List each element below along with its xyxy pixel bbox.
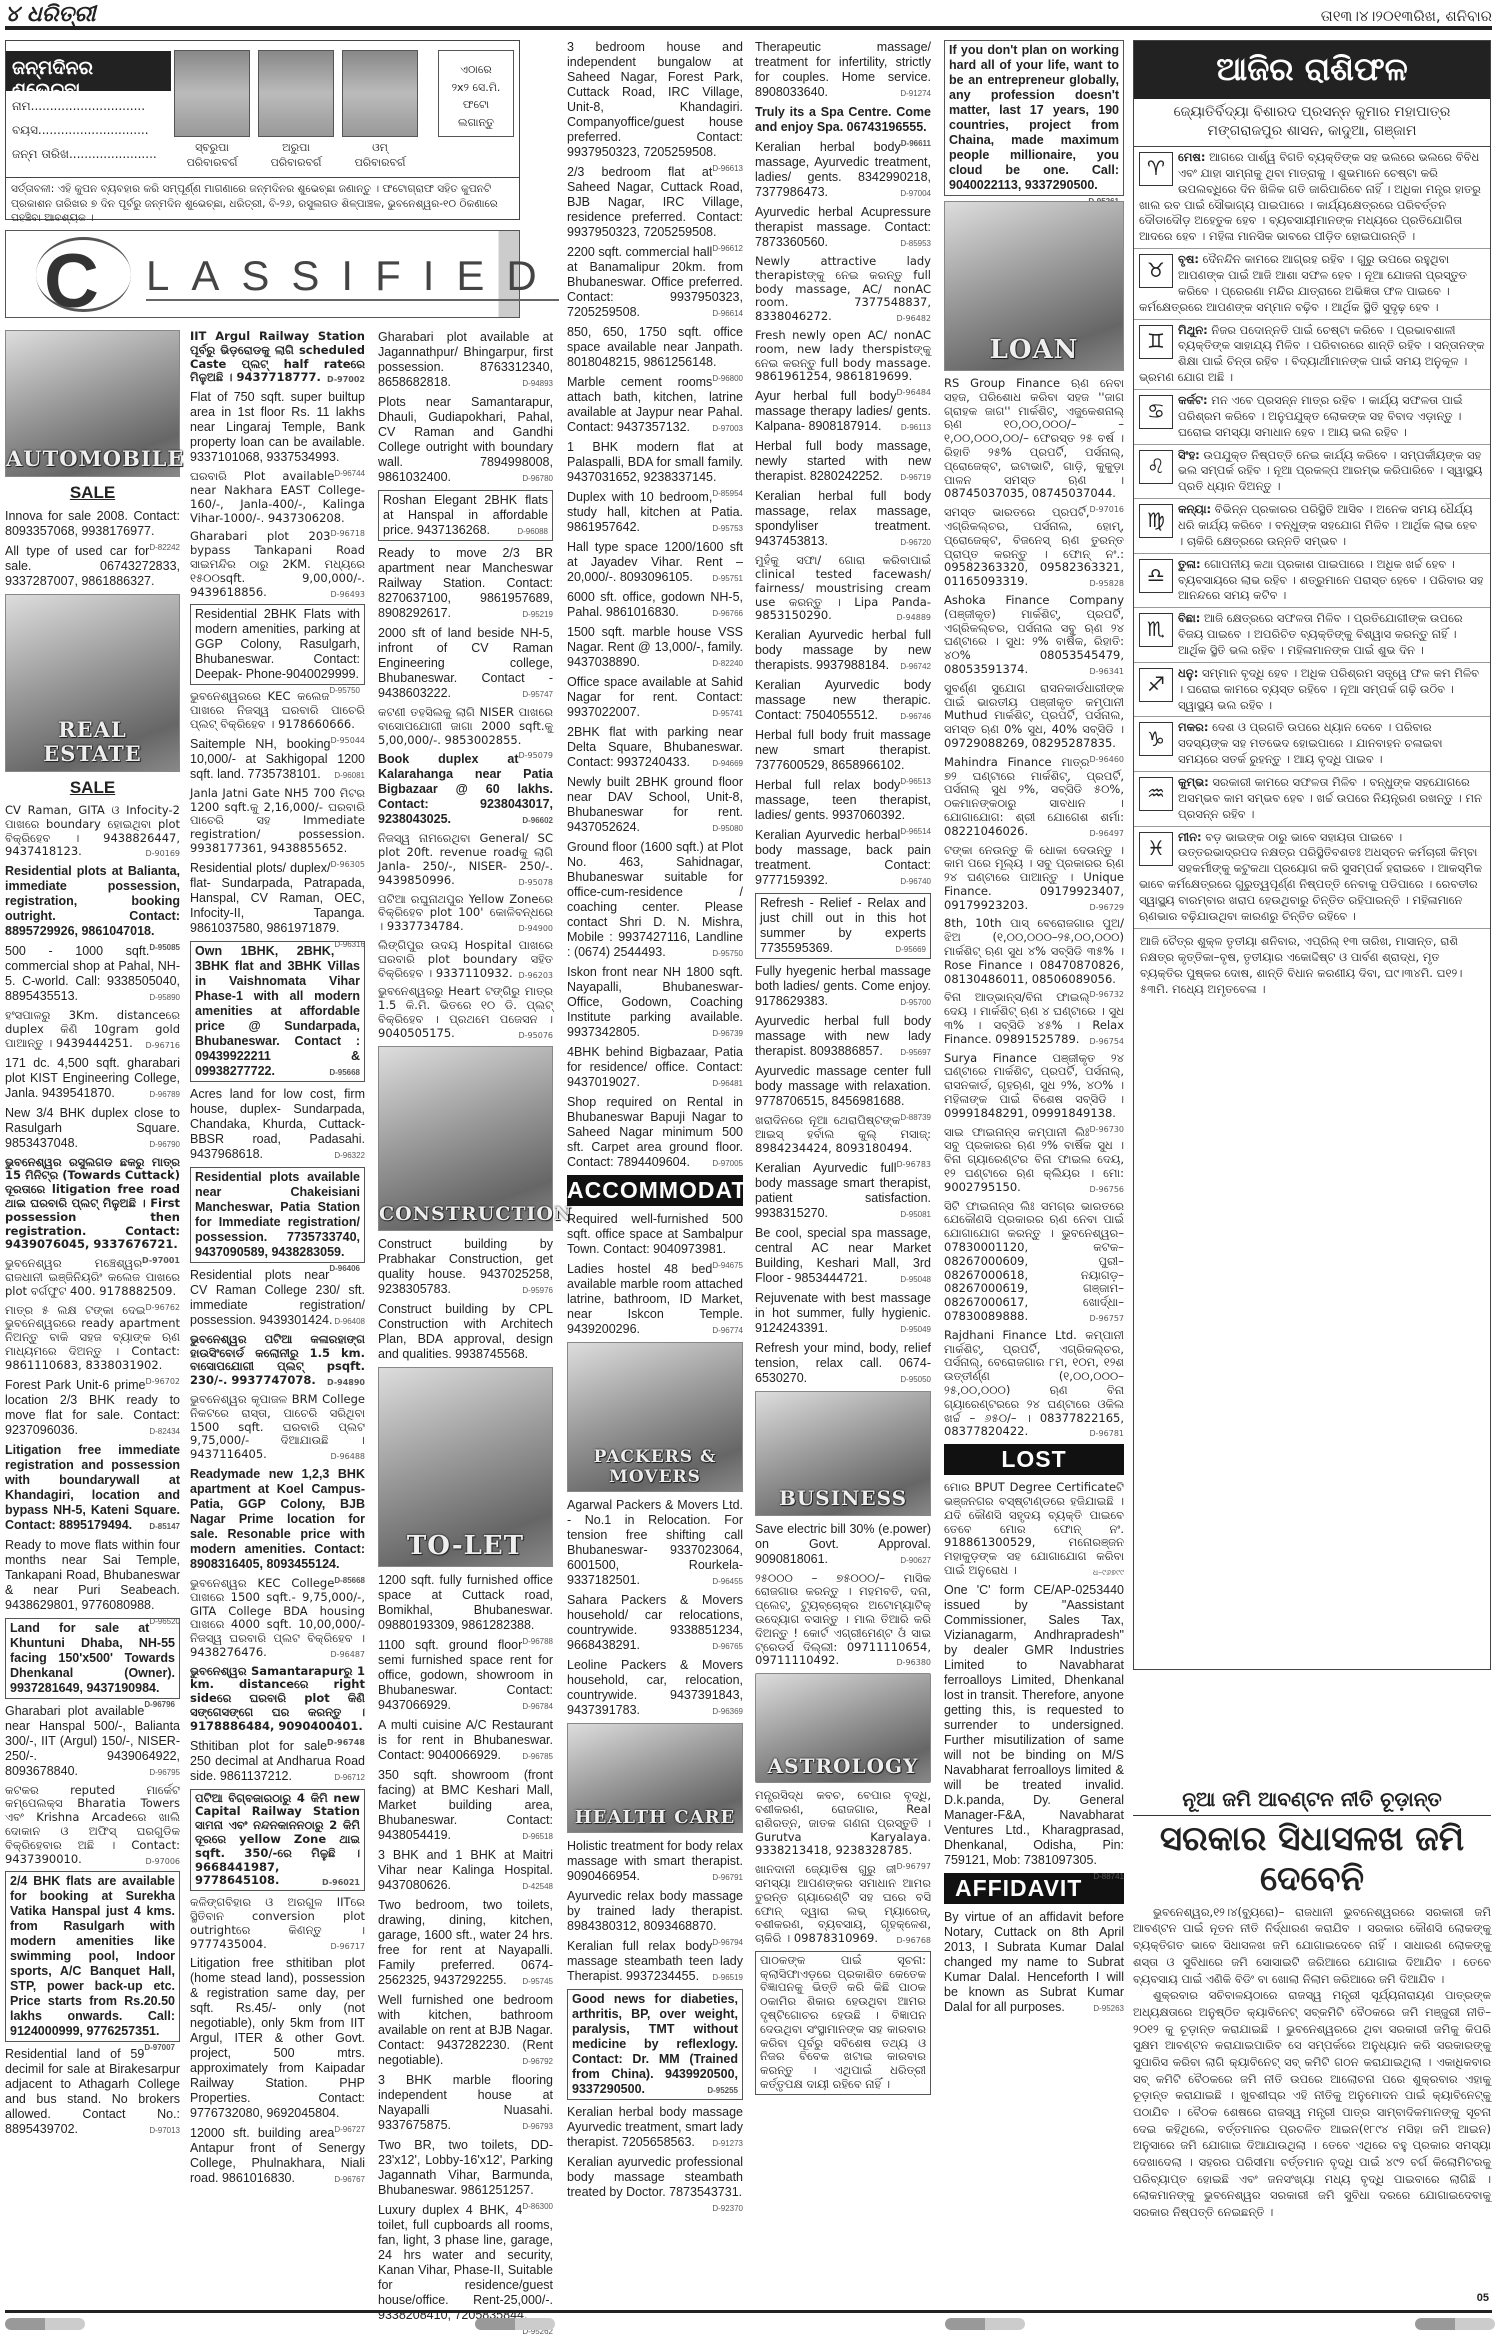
classified-ad: କଟଣୀ ତହସିଲକୁ ଲାଗି NISER ପାଖରେ ବାସୋପଯୋଗୀ … bbox=[378, 706, 553, 747]
horoscope-sign: ♏ବିଛା: ଆଜି କ୍ଷେତ୍ରରେ ସଫଳତା ମିଳିବ । ପ୍ରତି… bbox=[1134, 608, 1490, 663]
lost-heading: LOST bbox=[944, 1444, 1124, 1475]
ad-code: D-96460 bbox=[1090, 755, 1125, 765]
sign-name: ମକର: bbox=[1178, 720, 1208, 734]
classified-ad: 2/4 BHK flats are available for booking … bbox=[5, 1871, 180, 2042]
classified-ad: 171 dc. 4,500 sqft. gharabari plot KIST … bbox=[5, 1056, 180, 1101]
birthday-title: ଜନ୍ମଦିନର ଶୁଭେଚ୍ଛା bbox=[6, 51, 171, 91]
classified-ad: Gharabari plot available near Hanspal 50… bbox=[5, 1704, 180, 1779]
classified-ad: Fully hyegenic herbal massage both ladie… bbox=[755, 964, 931, 1009]
classified-ad: Herbal full body massage, newly started … bbox=[755, 439, 931, 484]
classified-ad: Residential plots near CV Raman College … bbox=[190, 1268, 365, 1328]
ad-code: D-96744 bbox=[334, 469, 365, 479]
classified-ad: Iskon front near NH 1800 sqft. Nayapalli… bbox=[567, 965, 743, 1040]
sign-name: ତୁଳା: bbox=[1178, 557, 1201, 571]
ad-code: D-96482 bbox=[897, 314, 932, 324]
ad-code: D-96305 bbox=[331, 860, 366, 870]
ad-code: D-96513 bbox=[900, 777, 931, 787]
page-tab bbox=[945, 2318, 1025, 2330]
ad-code: D-97003 bbox=[712, 424, 743, 434]
ad-code: D-96487 bbox=[331, 1650, 366, 1660]
ad-code: D-96774 bbox=[712, 1326, 743, 1336]
page-tab bbox=[475, 2318, 555, 2330]
ad-code: D-96784 bbox=[522, 1702, 553, 1712]
classified-ad: Newly built 2BHK ground floor near DAV S… bbox=[567, 775, 743, 835]
ad-code: D-96514 bbox=[900, 827, 931, 837]
ad-code: D-96792 bbox=[522, 2057, 553, 2067]
photo-caption: ଅରୁପାପରିବାରବର୍ଗ bbox=[258, 141, 334, 171]
sign-name: ମୀନ: bbox=[1178, 830, 1202, 844]
classified-ad: Ashoka Finance Company (ପଞ୍ଜୀକୃତ) ମାର୍କଶ… bbox=[944, 594, 1124, 677]
ad-code: D-96742 bbox=[900, 662, 931, 672]
ad-code: D-96203 bbox=[519, 971, 554, 981]
classified-ad: Innova for sale 2008. Contact: 809335706… bbox=[5, 509, 180, 539]
zodiac-icon: ♎ bbox=[1139, 559, 1173, 593]
classified-ad: ମୁହଁକୁ ସଫା/ ଗୋରା କରିବାପାଇଁ clinical test… bbox=[755, 554, 931, 623]
classified-ad: Residential land of 59 decimil for sale … bbox=[5, 2047, 180, 2137]
ad-code: D-95081 bbox=[900, 1210, 931, 1220]
classified-ad: କଟକର reputed ମାର୍କେଟ କମ୍ପେଲକ୍ସ Bharatia … bbox=[5, 1784, 180, 1867]
ad-code: D-88739 bbox=[900, 1113, 931, 1123]
ad-code: D-95828 bbox=[1090, 579, 1125, 589]
ad-code: D-96612 bbox=[712, 244, 743, 254]
child-photo bbox=[258, 50, 334, 137]
classified-ad: IIT Argul Railway Station ପୂର୍ବରୁ ଭିଡ଼ରୋ… bbox=[190, 330, 365, 385]
ad-code: D-85953 bbox=[900, 239, 931, 249]
zodiac-icon: ♊ bbox=[1139, 325, 1173, 359]
ad-code: D-96341 bbox=[1090, 667, 1125, 677]
classified-ad: Litigation free immediate registration a… bbox=[5, 1443, 180, 1533]
sign-text: ମନ ଏବେ ପ୍ରସନ୍ନ ମାତ୍ର ରହିବ । କାର୍ଯ୍ୟ ସଫଳତ… bbox=[1178, 393, 1463, 439]
sign-name: ମିଥୁନ: bbox=[1178, 323, 1208, 337]
photo-slot: ଏଠାରେ୨x୨ ସେ.ମି.ଫଟୋଲଗାନ୍ତୁ bbox=[438, 50, 514, 137]
folio: 05 bbox=[1477, 2292, 1489, 2305]
ad-code: D-96762 bbox=[146, 1303, 181, 1313]
ad-code: D-97016 bbox=[1090, 505, 1125, 515]
classified-ad: 8th, 10th ପାସ୍ ବେରୋଜଗାର ପୁଅ/ ଝିଅ (୧,୦୦,୦… bbox=[944, 917, 1124, 986]
classified-ad: RS Group Finance ଋଣ ନେବା ସହଜ, ପରିଶୋଧ କରି… bbox=[944, 377, 1124, 501]
classified-ad: 2000 sft of land beside NH-5, infront of… bbox=[378, 626, 553, 701]
classified-ad: Own 1BHK, 2BHK, 3BHK flat and 3BHK Villa… bbox=[190, 941, 365, 1082]
classified-ad: Mahindra Finance ମାତ୍ର ୭୨ ଘଣ୍ଟାରେ ମାର୍କଶ… bbox=[944, 756, 1124, 839]
classified-ad: ମୋର BPUT Degree Certificateଟି ଭଞ୍ଜନଗର ବସ… bbox=[944, 1481, 1124, 1578]
classified-ad: 350 sqft. showroom (front facing) at BMC… bbox=[378, 1768, 553, 1843]
ad-code: D-96785 bbox=[522, 1752, 553, 1762]
classified-ad: Be cool, special spa massage, central AC… bbox=[755, 1226, 931, 1286]
ad-code: D-95048 bbox=[900, 1275, 931, 1285]
ad-code: D-95700 bbox=[900, 998, 931, 1008]
ad-code: D-94890 bbox=[327, 1378, 365, 1388]
accommodation-heading: ACCOMMODATION bbox=[567, 1175, 743, 1206]
ad-code: D-96793 bbox=[522, 2122, 553, 2132]
classified-ad: Construct building by Prabhakar Construc… bbox=[378, 1237, 553, 1297]
horoscope-sign: ♎ତୁଳା: ଗୋପନୀୟ କଥା ପ୍ରକାଶ ପାଇପାରେ । ଅଧିକ … bbox=[1134, 554, 1490, 609]
classified-ad: One 'C' form CE/AP-0253440 issued by "Aa… bbox=[944, 1583, 1124, 1868]
photo-caption: ସ୍ବରୁପାପରିବାରବର୍ଗ bbox=[174, 141, 250, 171]
ad-code: D-95044 bbox=[331, 736, 366, 746]
ad-code: D-94893 bbox=[522, 379, 553, 389]
zodiac-icon: ♍ bbox=[1139, 504, 1173, 538]
ad-code: D-96767 bbox=[334, 2175, 365, 2185]
column-rentals: 3 bedroom house and independent bungalow… bbox=[567, 40, 743, 2214]
ad-code: D-96614 bbox=[712, 309, 743, 319]
page-tab bbox=[5, 2318, 85, 2330]
sign-text: ବିଭିନ୍ନ ପ୍ରକାରର ପରିସ୍ଥିତି ଆସିବ । ଅନେକ ସମ… bbox=[1178, 502, 1477, 548]
ad-code: D-90169 bbox=[146, 849, 181, 859]
ad-code: D-96783 bbox=[897, 1160, 932, 1170]
ad-code: D-95219 bbox=[522, 610, 553, 620]
classified-ad: କଳିଙ୍ଗବିହାର ଓ ଅରଗୁଳ IITରେ ସ୍ଥିତିବାନ conv… bbox=[190, 1896, 365, 1951]
date-line: ତା୧୩।୪।୨୦୧୩ରିଖ, ଶନିବାର bbox=[1321, 8, 1492, 26]
classified-ad: Forest Park Unit-6 prime location 2/3 BH… bbox=[5, 1378, 180, 1438]
ad-code: D-85668 bbox=[334, 1576, 365, 1586]
column-automobile-realestate: AUTOMOBILE SALE Innova for sale 2008. Co… bbox=[5, 330, 180, 2142]
ad-code: D-95750 bbox=[712, 949, 743, 959]
classified-ad: Book duplex at Kalarahanga near Patia Bi… bbox=[378, 752, 553, 827]
business-image: BUSINESS bbox=[755, 1391, 931, 1516]
ad-code: D-82240 bbox=[712, 659, 743, 669]
sign-text: ସମ୍ମାନ ବୃଦ୍ଧି ହେବ । ଅଧିକ ପରିଶ୍ରମ ସତ୍ତ୍ୱେ… bbox=[1178, 666, 1479, 712]
horoscope-sign: ♋କର୍କଟ: ମନ ଏବେ ପ୍ରସନ୍ନ ମାତ୍ର ରହିବ । କାର୍… bbox=[1134, 390, 1490, 445]
ad-code: D-96791 bbox=[712, 1873, 743, 1883]
ad-code: D-96766 bbox=[712, 609, 743, 619]
classified-ad: 3 BHK marble flooring independent house … bbox=[378, 2073, 553, 2133]
astrology-image: ASTROLOGY bbox=[755, 1673, 931, 1783]
ad-code: D-95976 bbox=[522, 1286, 553, 1296]
classified-ad: Residential plots available near Chakeis… bbox=[190, 1167, 365, 1263]
ad-code: D-96602 bbox=[522, 816, 553, 826]
classified-ad: Surya Finance ପଞ୍ଜୀକୃତ ୨୪ ଘଣ୍ଟାରେ ମାର୍କଶ… bbox=[944, 1052, 1124, 1121]
classified-ad: Gharabari plot available at Jagannathpur… bbox=[378, 330, 553, 390]
classified-ad: Ground floor (1600 sqft.) at Plot No. 46… bbox=[567, 840, 743, 960]
ad-code: D-96493 bbox=[331, 590, 366, 600]
ad-code: D-94889 bbox=[897, 613, 932, 623]
classified-ad: A multi cuisine A/C Restaurant is for re… bbox=[378, 1718, 553, 1763]
classified-ad: ଖାନଦାନୀ ଜ୍ୟୋତିଷ ଗୁରୁ ଜୀ ସମସ୍ୟା ଆପଣଙ୍କର ସ… bbox=[755, 1863, 931, 1946]
panjika: ଆଜି ଚୈତ୍ର ଶୁକ୍ଳ ତୃତୀୟା ଶନିବାର, ଏପ୍ରିଲ୍ ୧… bbox=[1134, 929, 1490, 1001]
ad-code: D-96497 bbox=[1090, 829, 1125, 839]
ad-code: D-85147 bbox=[149, 1522, 180, 1532]
classified-ad: Ayurvedic relax body massage by trained … bbox=[567, 1889, 743, 1934]
masthead: ୪ ଧରିତ୍ରୀ ତା୧୩।୪।୨୦୧୩ରିଖ, ଶନିବାର bbox=[5, 0, 1492, 30]
ad-code: D-96788 bbox=[522, 1637, 553, 1647]
classified-ad: ୨୫୦୦୦ – ୭୫୦୦୦/– ମାସିକ ରୋଜଗାର କରନ୍ତୁ । ମହ… bbox=[755, 1572, 931, 1669]
classified-ad: Ready to move flats within four months n… bbox=[5, 1538, 180, 1613]
ad-code: D-95697 bbox=[900, 1048, 931, 1058]
ad-code: D-97004 bbox=[900, 189, 931, 199]
ad-code: D-96369 bbox=[712, 1707, 743, 1717]
horoscope-sign: ♍କନ୍ୟା: ବିଭିନ୍ନ ପ୍ରକାରର ପରିସ୍ଥିତି ଆସିବ ।… bbox=[1134, 499, 1490, 554]
ad-code: D-95049 bbox=[900, 1325, 931, 1335]
classified-ad: Refresh your mind, body, relief tension,… bbox=[755, 1341, 931, 1386]
classified-ad: Residential plots/ duplex/ flat- Sundarp… bbox=[190, 861, 365, 936]
classified-ad: Construct building by CPL Construction w… bbox=[378, 1302, 553, 1362]
classified-ad: ଭୁବନେଶ୍ୱର Samantarapurରୁ 1 km. distanceର… bbox=[190, 1665, 365, 1734]
ad-code: D-96756 bbox=[1090, 1185, 1125, 1195]
ad-code: D-95741 bbox=[712, 709, 743, 719]
classified-ad: ଭୁବନେଶ୍ୱର KEC College ପାଖରେ 1500 sqft.- … bbox=[190, 1577, 365, 1660]
sign-name: ଧନୁ: bbox=[1178, 666, 1198, 680]
classified-ad: Sahara Packers & Movers household/ car r… bbox=[567, 1593, 743, 1653]
classified-ad: Office space available at Sahid Nagar fo… bbox=[567, 675, 743, 720]
ad-code: D-97002 bbox=[327, 375, 365, 385]
classified-ad: ସାଇ ଫାଇନାନ୍ସ କମ୍ପାନୀ ଲିଃ ସବୁ ପ୍ରକାରର ଋଣ … bbox=[944, 1126, 1124, 1195]
ad-code: D-96740 bbox=[900, 877, 931, 887]
ad-code: D-96795 bbox=[149, 1768, 180, 1778]
health-care-image: HEALTH CARE bbox=[567, 1723, 743, 1833]
zodiac-icon: ♓ bbox=[1139, 832, 1173, 866]
ad-code: D-96081 bbox=[334, 771, 365, 781]
sale-heading: SALE bbox=[5, 778, 180, 798]
horoscope-sign: ♐ଧନୁ: ସମ୍ମାନ ବୃଦ୍ଧି ହେବ । ଅଧିକ ପରିଶ୍ରମ ସ… bbox=[1134, 663, 1490, 718]
child-photo bbox=[342, 50, 418, 137]
news-article: ନୂଆ ଜମି ଆବଣ୍ଟନ ନୀତି ଚୂଡ଼ାନ୍ତ ସରକାର ସିଧାସ… bbox=[1133, 1788, 1491, 2221]
ad-code: D-95747 bbox=[522, 690, 553, 700]
construction-image: CONSTRUCTION bbox=[378, 1046, 553, 1231]
ad-code: D-97001 bbox=[142, 1256, 180, 1266]
classified-ad: Required well-furnished 500 sqft. office… bbox=[567, 1212, 743, 1257]
classified-ad: Rajdhani Finance Ltd. କମ୍ପାନୀ ମାର୍କଶିଟ୍,… bbox=[944, 1329, 1124, 1439]
classified-ad: Luxury duplex 4 BHK, 4 toilet, full cupb… bbox=[378, 2203, 553, 2323]
column-massage-business: Therapeutic massage/ treatment for infer… bbox=[755, 40, 931, 2100]
classified-ad: Keralian herbal full body massage, relax… bbox=[755, 489, 931, 549]
classified-ad: ଭୁବନେଶ୍ୱରରୁ Heart ଟଙ୍ଗିରୁ ମାତ୍ର 1.5 କି.ମ… bbox=[378, 985, 553, 1040]
ad-code: D-96021 bbox=[322, 1878, 360, 1888]
ad-code: D-96800 bbox=[712, 374, 743, 384]
sign-name: କୁମ୍ଭ: bbox=[1178, 775, 1209, 789]
classified-ad: ହଂସପାଳରୁ 3Km. distanceରେ duplex କିଣି 10g… bbox=[5, 1009, 180, 1050]
horoscope-title: ଆଜିର ରାଶିଫଳ bbox=[1134, 41, 1490, 99]
classified-ad: ଲିଙ୍ଗିପୁର ଉଦୟ Hospital ପାଖରେ ଘରବାରି plot… bbox=[378, 939, 553, 980]
ad-code: D-96754 bbox=[1090, 1037, 1125, 1047]
ad-code: D-96732 bbox=[1090, 990, 1125, 1000]
classified-ad: 6000 sft. office, godown NH-5, Pahal. 98… bbox=[567, 590, 743, 620]
classified-ad: Marble cement rooms attach bath, kitchen… bbox=[567, 375, 743, 435]
ad-code: D-96316 bbox=[334, 940, 365, 950]
classified-ad: Ready to move 2/3 BR apartment near Manc… bbox=[378, 546, 553, 621]
ad-code: D-96720 bbox=[900, 538, 931, 548]
ad-code: D-82434 bbox=[149, 1427, 180, 1437]
zodiac-icon: ♈ bbox=[1139, 152, 1173, 186]
classified-ad: ମନ୍ତ୍ରସିଦ୍ଧ କବଚ, ବେପାର ବୃଦ୍ଧି, ବଶୀକରଣ, ର… bbox=[755, 1789, 931, 1858]
ad-code: D-95079 bbox=[519, 751, 554, 761]
classified-ad: Fresh newly open AC/ nonAC room, new lad… bbox=[755, 329, 931, 384]
sale-heading: SALE bbox=[5, 483, 180, 503]
sign-name: ମେଷ: bbox=[1178, 150, 1205, 164]
dob-field: ଜନ୍ମ ତାରିଖ....................... bbox=[12, 147, 157, 161]
news-body: ଭୁବନେଶ୍ୱର,୧୨।୪(ବ୍ୟୁରୋ)– ରାଜଧାନୀ ଭୁବନେଶ୍ୱ… bbox=[1133, 1904, 1491, 2221]
ad-code: D-96765 bbox=[712, 1642, 743, 1652]
ad-code: D-96611 bbox=[901, 139, 931, 149]
classified-ad: Keralian Ayurvedic body massage new ther… bbox=[755, 678, 931, 723]
classified-ad: Litigation free sthitiban plot (home ste… bbox=[190, 1956, 365, 2121]
classified-ad: 850, 650, 1750 sqft. office space availa… bbox=[567, 325, 743, 370]
horoscope-author: ଜ୍ୟୋତିର୍ବିଦ୍ୟା ବିଶାରଦ ପ୍ରସନ୍ନ କୁମାର ମହାପ… bbox=[1134, 99, 1490, 147]
classified-ad: Shop required on Rental in Bhubaneswar B… bbox=[567, 1095, 743, 1170]
column-loan-lost: If you don't plan on working hard all of… bbox=[944, 40, 1124, 2020]
column-construction-tolet: Gharabari plot available at Jagannathpur… bbox=[378, 330, 553, 2334]
classified-ad: ଭୁବନେଶ୍ୱରରେ KEC କଲେଜ ପାଖରେ ନିଜସ୍ୱ ଘରବାରି… bbox=[190, 690, 365, 731]
zodiac-icon: ♏ bbox=[1139, 613, 1173, 647]
horoscope-sign: ♊ମିଥୁନ: ନିଜର ପଦୋନ୍ନତି ପାଇଁ ଚେଷ୍ଟା କରିବେ … bbox=[1134, 320, 1490, 390]
horoscope-sign: ♌ସିଂହ: ଉପଯୁକ୍ତ ନିଷ୍ପତ୍ତି ନେଇ କାର୍ଯ୍ୟ କରି… bbox=[1134, 445, 1490, 500]
ad-code: D-96727 bbox=[334, 2125, 365, 2135]
ad-code: D-96748 bbox=[327, 1738, 365, 1748]
sign-text: ଗୋପନୀୟ କଥା ପ୍ରକାଶ ପାଇପାରେ । ଅଧିକ ଖର୍ଚ୍ଚ … bbox=[1178, 557, 1484, 603]
classified-ad: 500 - 1000 sqft. commercial shop at Paha… bbox=[5, 944, 180, 1004]
ad-code: D-96519 bbox=[712, 1973, 743, 1983]
ad-code: D-91274 bbox=[900, 89, 931, 99]
packers-movers-image: PACKERS & MOVERS bbox=[567, 1342, 743, 1492]
ad-code: D-96406 bbox=[329, 1264, 360, 1274]
horoscope-sign: ♈ମେଷ: ଆଗରେ ପାର୍ଶ୍ୱ ବିଗତି ବ୍ୟକ୍ତିଙ୍କ ସହ ଭ… bbox=[1134, 147, 1490, 249]
ad-code: D-95669 bbox=[895, 945, 926, 955]
classified-ad: 3 BHK and 1 BHK at Maitri Vihar near Kal… bbox=[378, 1848, 553, 1893]
ad-code: D-96408 bbox=[334, 1317, 365, 1327]
ad-code: D-96520 bbox=[149, 1617, 180, 1627]
ad-code: D-82242 bbox=[149, 543, 180, 553]
classified-ad: Leoline Packers & Movers household, car,… bbox=[567, 1658, 743, 1718]
classified-ad: ସମସ୍ତ ଭାରତରେ ପ୍ରପର୍ଟି, ଏଗ୍ରିକଲ୍ଚର, ପର୍ସନ… bbox=[944, 506, 1124, 589]
ad-code: D-96739 bbox=[712, 1029, 743, 1039]
classified-ad: Readymade new 1,2,3 BHK apartment at Koe… bbox=[190, 1467, 365, 1572]
sign-text: ଦେଶ ଓ ପ୍ରଗତି ଉପରେ ଧ୍ୟାନ ଦେବେ । ପରିବାର ସଦ… bbox=[1178, 720, 1443, 766]
ad-code: D-86300 bbox=[522, 2202, 553, 2212]
ad-code: D-95078 bbox=[519, 878, 554, 888]
classified-ad: Ayurvedic massage center full body massa… bbox=[755, 1064, 931, 1109]
name-field: ନାମ.............................. bbox=[12, 99, 145, 113]
classified-ad: Save electric bill 30% (e.power) on Govt… bbox=[755, 1522, 931, 1567]
classified-ad: Two bedroom, two toilets, drawing, dinin… bbox=[378, 1898, 553, 1988]
classified-ad: 1200 sqft. fully furnished office space … bbox=[378, 1573, 553, 1633]
classified-ad: Plots near Samantarapur, Dhauli, Gudiapo… bbox=[378, 395, 553, 485]
ad-code: D-95890 bbox=[149, 993, 180, 1003]
zodiac-icon: ♌ bbox=[1139, 450, 1173, 484]
sign-text: ଆଜି କ୍ଷେତ୍ରରେ ସଫଳତା ମିଳିବ । ପ୍ରତିଯୋଗୀଙ୍କ… bbox=[1178, 611, 1463, 657]
classified-ad: Residential 2BHK Flats with modern ameni… bbox=[190, 604, 365, 685]
classified-ad: Holistic treatment for body relax massag… bbox=[567, 1839, 743, 1884]
classified-ad: New 3/4 BHK duplex close to Rasulgarh Sq… bbox=[5, 1106, 180, 1151]
ad-code: D-96488 bbox=[331, 1452, 366, 1462]
ad-code: D-95076 bbox=[519, 1031, 554, 1041]
classified-ad: 1 BHK modern flat at Palaspalli, BDA for… bbox=[567, 440, 743, 485]
classified-ad: Refresh - Relief - Relax and just chill … bbox=[755, 893, 931, 959]
ad-code: D-94900 bbox=[519, 924, 554, 934]
classified-ad: Keralian Ayurvedic full body massage sma… bbox=[755, 1161, 931, 1221]
sign-name: କର୍କଟ: bbox=[1178, 393, 1208, 407]
classified-ad: Good news for diabeties, arthritis, BP, … bbox=[567, 1989, 743, 2100]
ad-code: D-96712 bbox=[334, 1773, 365, 1783]
page-tab bbox=[1415, 2318, 1495, 2330]
classified-ad: Ayurvedic herbal full body massage with … bbox=[755, 1014, 931, 1059]
ad-code: D-96789 bbox=[149, 1090, 180, 1100]
classified-ad: Herbal full body fruit massage new smart… bbox=[755, 728, 931, 773]
classified-ad: Truly its a Spa Centre. Come and enjoy S… bbox=[755, 105, 931, 135]
ad-code: D-42548 bbox=[522, 1882, 553, 1892]
classified-ad: Keralian herbal body massage, Ayurvedic … bbox=[755, 140, 931, 200]
ad-code: D-95745 bbox=[522, 1977, 553, 1987]
ad-code: D-96730 bbox=[1090, 1125, 1125, 1135]
classified-ad: ମାତ୍ର ୫ ଲକ୍ଷ ଟଙ୍କା ଦେଇ ଭୁବନେଶ୍ୱରରେ ready… bbox=[5, 1304, 180, 1373]
ad-code: ଧ–୯୬୭୯୯ bbox=[1093, 1568, 1124, 1578]
classified-ad: ସୁବର୍ଣ୍ଣ ସୁଯୋଗ ରାସନକାର୍ଡଧାରୀଙ୍କ ପାଇଁ ଭାର… bbox=[944, 682, 1124, 751]
horoscope-sign: ♉ବୃଷ: ଦୈନନ୍ଦିନ କାମରେ ଆଗ୍ରହ ରହିବ । ଗୁରୁ ଉ… bbox=[1134, 249, 1490, 319]
ad-code: D-97007 bbox=[144, 2043, 175, 2053]
classified-ad: Gharabari plot 203 bypass Tankapani Road… bbox=[190, 530, 365, 599]
ad-code: D-96719 bbox=[900, 473, 931, 483]
ad-code: D-95750 bbox=[329, 686, 360, 696]
ad-code: D-95080 bbox=[712, 824, 743, 834]
classified-ad: Agarwal Packers & Movers Ltd. - No.1 in … bbox=[567, 1498, 743, 1588]
ad-code: D-92370 bbox=[712, 2204, 743, 2214]
classified-ad: 12000 sft. building area Antapur front o… bbox=[190, 2126, 365, 2186]
ad-code: D-97006 bbox=[146, 1857, 181, 1867]
ad-code: D-97013 bbox=[149, 2126, 180, 2136]
ad-code: D-96113 bbox=[901, 423, 931, 433]
classified-ad: 3 bedroom house and independent bungalow… bbox=[567, 40, 743, 160]
ad-code: D-95751 bbox=[712, 574, 743, 584]
ad-code: D-95085 bbox=[149, 943, 180, 953]
column-plots: IIT Argul Railway Station ପୂର୍ବରୁ ଭିଡ଼ରୋ… bbox=[190, 330, 365, 2191]
classified-ad: Roshan Elegant 2BHK flats at Hanspal in … bbox=[378, 490, 553, 541]
classified-ad: Ayurvedic herbal Acupressure therapist m… bbox=[755, 205, 931, 250]
ad-code: D-96716 bbox=[146, 1041, 181, 1051]
classified-ad: Acres land for low cost, firm house, dup… bbox=[190, 1087, 365, 1162]
classified-ad: Keralian ayurvedic professional body mas… bbox=[567, 2155, 743, 2200]
classified-ad: ଭୁବନେଶ୍ୱର କୃପାଜଳ BRM College ନିକଟରେ ରାସ୍… bbox=[190, 1393, 365, 1462]
ad-code: D-96780 bbox=[522, 474, 553, 484]
zodiac-icon: ♑ bbox=[1139, 722, 1173, 756]
ad-code: D-96746 bbox=[900, 712, 931, 722]
horoscope-sign: ♒କୁମ୍ଭ: ସରକାରୀ କାମରେ ସଫଳତା ମିଳିବ । ବନ୍ଧୁ… bbox=[1134, 772, 1490, 827]
ad-code: D-96380 bbox=[897, 1658, 932, 1668]
sign-name: କନ୍ୟା: bbox=[1178, 502, 1211, 516]
loan-image: LOAN bbox=[944, 201, 1124, 371]
ad-code: D-96088 bbox=[517, 527, 548, 537]
ad-code: D-96796 bbox=[144, 1700, 175, 1710]
classified-ad: ନିଜସ୍ୱ ନାମରେଥିବା General/ SC plot 20ft. … bbox=[378, 832, 553, 887]
ad-code: D-96768 bbox=[897, 1936, 932, 1946]
realestate-image: REAL ESTATE bbox=[5, 594, 180, 772]
birthday-terms: ସର୍ତ୍ତାବଳୀ: ଏହି କୁପନ ବ୍ୟବହାର କରି ସମ୍ପୂର୍… bbox=[6, 177, 519, 219]
ad-code: D-96484 bbox=[897, 388, 932, 398]
ad-code: D-95668 bbox=[329, 1068, 360, 1078]
ad-code: D-95255 bbox=[707, 2086, 738, 2096]
ad-code: D-96455 bbox=[712, 1577, 743, 1587]
zodiac-icon: ♉ bbox=[1139, 254, 1173, 288]
classified-banner: C LASSIFIED bbox=[5, 230, 520, 318]
ad-code: D-96518 bbox=[522, 1832, 553, 1842]
automobile-image: AUTOMOBILE bbox=[5, 330, 180, 477]
classified-ad: Newly attractive lady therapistଙ୍କୁ ନେଇ … bbox=[755, 255, 931, 324]
classified-ad: Keralian Ayurvedic herbal full body mass… bbox=[755, 628, 931, 673]
ad-code: D-96757 bbox=[1090, 1314, 1125, 1324]
news-kicker: ନୂଆ ଜମି ଆବଣ୍ଟନ ନୀତି ଚୂଡ଼ାନ୍ତ bbox=[1133, 1788, 1491, 1816]
ad-code: D-96794 bbox=[712, 1938, 743, 1948]
sign-text: ସରକାରୀ କାମରେ ସଫଳତା ମିଳିବ । ବନ୍ଧୁଙ୍କ ସହଯୋ… bbox=[1178, 775, 1482, 821]
tolet-image: TO-LET bbox=[378, 1367, 553, 1567]
classified-ad: If you don't plan on working hard all of… bbox=[944, 40, 1124, 196]
ad-code: D-96322 bbox=[334, 1151, 365, 1161]
classified-ad: ଭୁବନେଶ୍ୱର ପଟିଆ କଳାରହାଙ୍ଗ ହାଉସିଂବୋର୍ଡ କଲୋ… bbox=[190, 1333, 365, 1388]
ad-code: D-96790 bbox=[149, 1140, 180, 1150]
news-headline: ସରକାର ସିଧାସଳଖ ଜମି ଦେବେନି bbox=[1133, 1819, 1491, 1899]
ad-code: D-96702 bbox=[146, 1377, 181, 1387]
sign-name: ସିଂହ: bbox=[1178, 448, 1200, 462]
zodiac-icon: ♐ bbox=[1139, 668, 1173, 702]
zodiac-icon: ♒ bbox=[1139, 777, 1173, 811]
classified-ad: Two BR, two toilets, DD-23'x12', Lobby-1… bbox=[378, 2138, 553, 2198]
ad-code: D-85954 bbox=[712, 489, 743, 499]
